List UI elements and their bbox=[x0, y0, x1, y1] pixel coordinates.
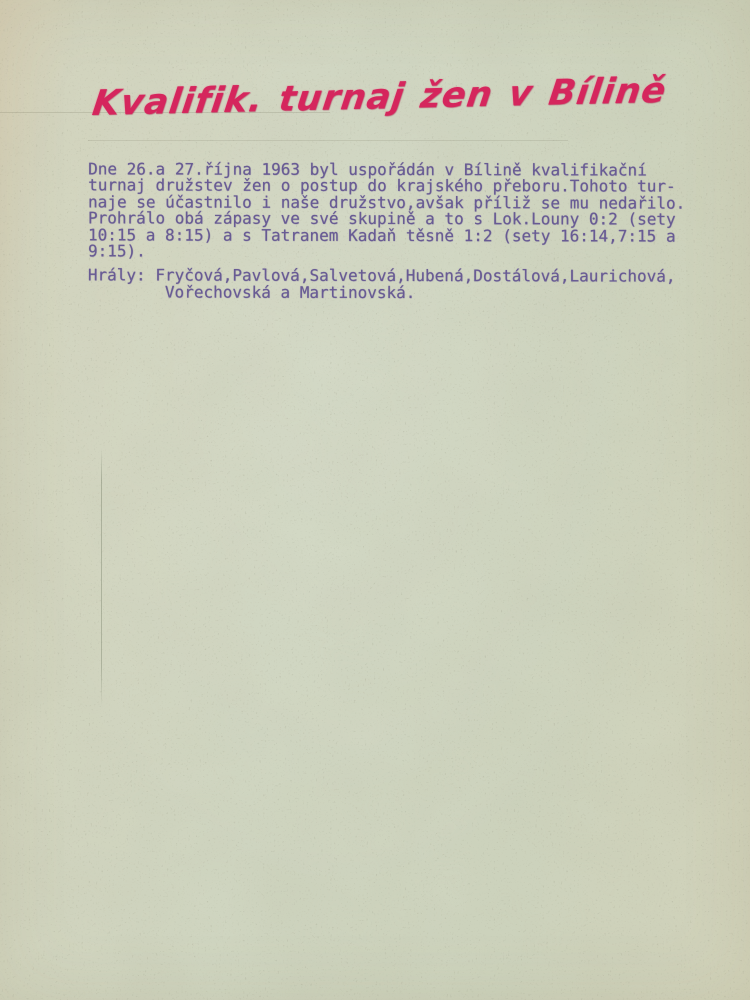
scanned-document-page: Kvalifik. turnaj žen v Bílině Dne 26.a 2… bbox=[0, 0, 750, 1000]
report-line-5: 10:15 a 8:15) a s Tatranem Kadaň těsně 1… bbox=[88, 227, 685, 245]
paragraph-tournament-report: Dne 26.a 27.října 1963 byl uspořádán v B… bbox=[88, 161, 685, 261]
pencil-guideline-under-title bbox=[88, 140, 568, 141]
paragraph-players-list: Hrály: Fryčová,Pavlová,Salvetová,Hubená,… bbox=[88, 268, 685, 302]
handwritten-title: Kvalifik. turnaj žen v Bílině bbox=[90, 71, 669, 124]
report-line-6: 9:15). bbox=[88, 243, 685, 261]
paper-crease-line bbox=[101, 448, 102, 706]
paper-texture bbox=[0, 0, 750, 1000]
typewritten-text-block: Dne 26.a 27.října 1963 byl uspořádán v B… bbox=[88, 161, 686, 302]
players-line-2: Vořechovská a Martinovská. bbox=[88, 284, 685, 302]
